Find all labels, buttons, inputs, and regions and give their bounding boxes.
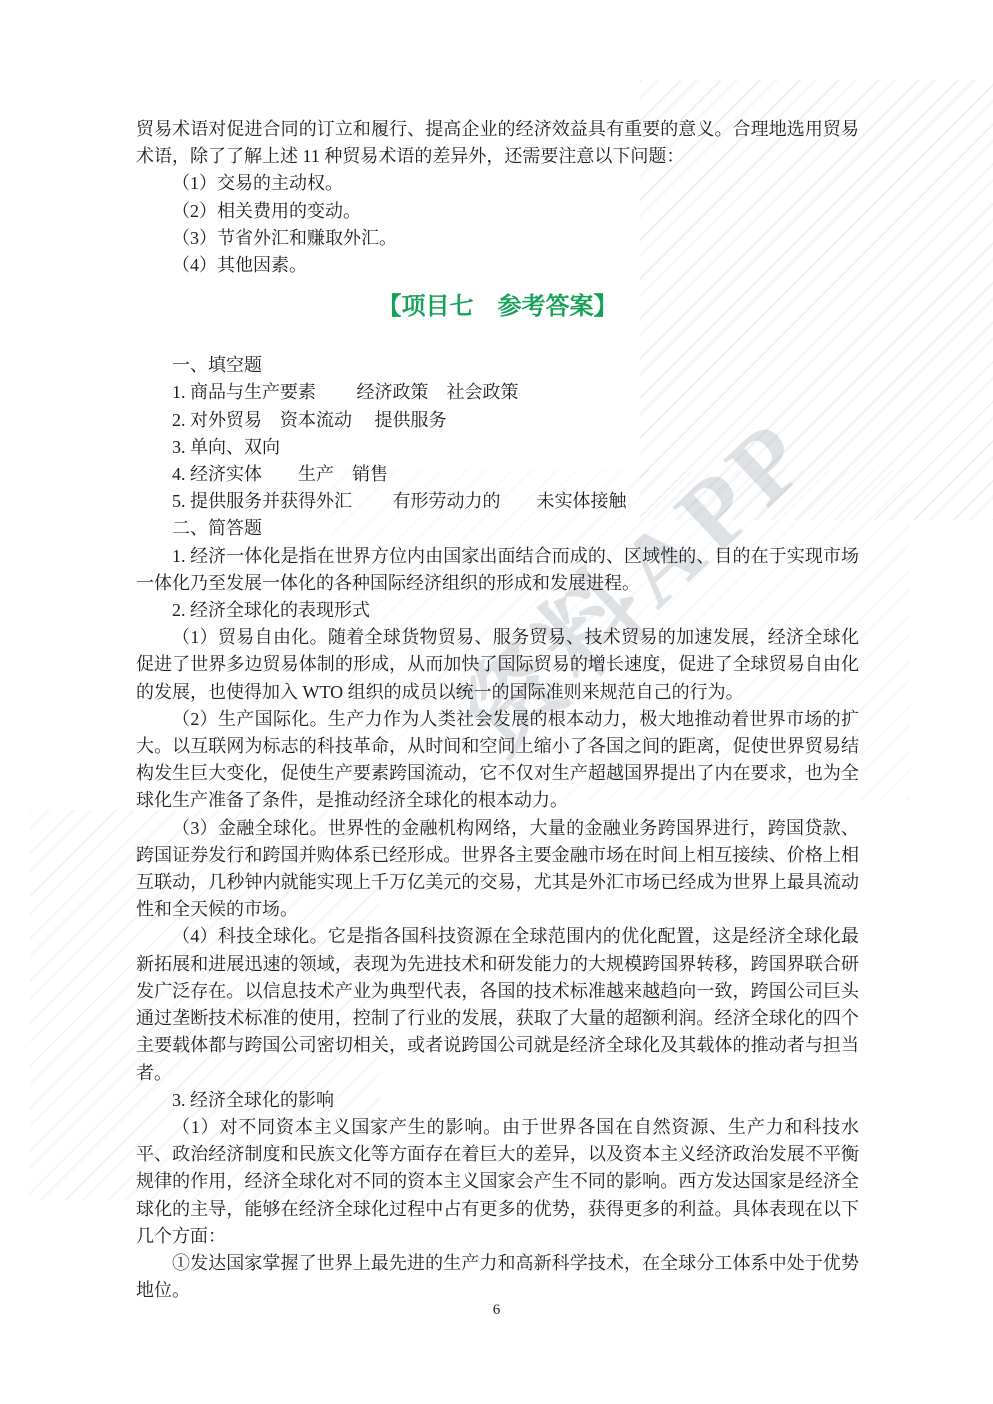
paragraph: （1）对不同资本主义国家产生的影响。由于世界各国在自然资源、生产力和科技水平、政… [136,1114,859,1250]
answer-line: 4. 经济实体 生产 销售 [136,461,859,488]
paragraph: （3）金融全球化。世界性的金融机构网络，大量的金融业务跨国界进行，跨国贷款、跨国… [136,815,859,924]
page-content: 贸易术语对促进合同的订立和履行、提高企业的经济效益具有重要的意义。合理地选用贸易… [136,116,859,1304]
paragraph: （1）贸易自由化。随着全球货物贸易、服务贸易、技术贸易的加速发展，经济全球化促进… [136,624,859,706]
paragraph: 3. 经济全球化的影响 [136,1087,859,1114]
paragraph: （2）生产国际化。生产力作为人类社会发展的根本动力，极大地推动着世界市场的扩大。… [136,706,859,815]
section-title: 二、简答题 [136,515,859,542]
page-number: 6 [0,1302,993,1319]
answer-line: 2. 对外贸易 资本流动 提供服务 [136,407,859,434]
list-item: （1）交易的主动权。 [136,170,859,197]
paragraph: 2. 经济全球化的表现形式 [136,597,859,624]
answer-line: 5. 提供服务并获得外汇 有形劳动力的 未实体接触 [136,488,859,515]
list-item: （4）其他因素。 [136,252,859,279]
paragraph: （4）科技全球化。它是指各国科技资源在全球范围内的优化配置，这是经济全球化最新拓… [136,923,859,1086]
section-title: 一、填空题 [136,352,859,379]
document-page: 资料APP 贸易术语对促进合同的订立和履行、提高企业的经济效益具有重要的意义。合… [0,0,993,1404]
list-item: （3）节省外汇和赚取外汇。 [136,225,859,252]
paragraph: ①发达国家掌握了世界上最先进的生产力和高新科学技术，在全球分工体系中处于优势地位… [136,1250,859,1304]
answer-line: 3. 单向、双向 [136,434,859,461]
answer-line: 1. 商品与生产要素 经济政策 社会政策 [136,379,859,406]
paragraph-intro: 贸易术语对促进合同的订立和履行、提高企业的经济效益具有重要的意义。合理地选用贸易… [136,116,859,170]
section-heading: 【项目七 参考答案】 [136,292,859,322]
paragraph: 1. 经济一体化是指在世界方位内由国家出面结合而成的、区域性的、目的在于实现市场… [136,543,859,597]
list-item: （2）相关费用的变动。 [136,198,859,225]
